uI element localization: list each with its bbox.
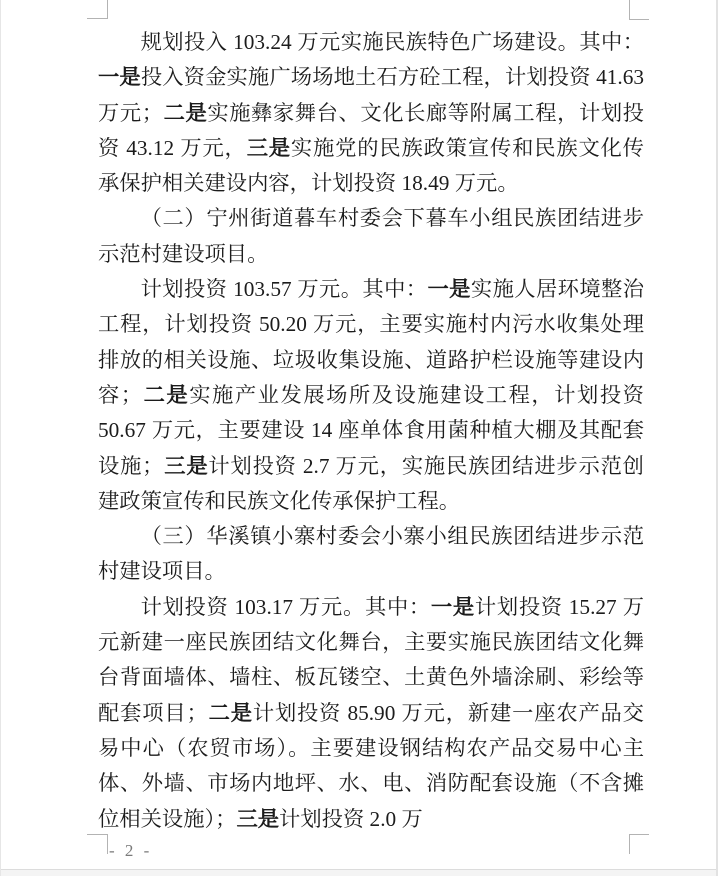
text-run: 计划投资 103.17 万元。其中：	[141, 595, 431, 619]
page-bottom-edge	[1, 869, 716, 876]
emphasis-run: 三是	[247, 136, 291, 160]
crop-mark-bottom-right	[629, 834, 649, 854]
emphasis-run: 二是	[163, 101, 207, 125]
emphasis-run: 三是	[163, 454, 208, 478]
text-run: 规划投入 103.24 万元实施民族特色广场建设。其中：	[141, 30, 644, 54]
paragraph: 计划投资 103.57 万元。其中：一是实施人居环境整治工程，计划投资 50.2…	[98, 272, 644, 519]
crop-mark-top-right	[629, 0, 649, 20]
document-body: 规划投入 103.24 万元实施民族特色广场建设。其中：一是投入资金实施广场场地…	[98, 25, 644, 837]
emphasis-run: 一是	[431, 595, 475, 619]
text-run: 计划投资 103.57 万元。其中：	[141, 277, 428, 301]
paragraph: （二）宁州街道暮车村委会下暮车小组民族团结进步示范村建设项目。	[98, 201, 644, 272]
emphasis-run: 一是	[98, 65, 141, 89]
crop-mark-bottom-left	[87, 834, 108, 854]
emphasis-run: 二是	[142, 383, 189, 407]
text-run: （三）华溪镇小寨村委会小寨小组民族团结进步示范村建设项目。	[98, 524, 644, 583]
paragraph: 计划投资 103.17 万元。其中：一是计划投资 15.27 万元新建一座民族团…	[98, 590, 644, 837]
emphasis-run: 二是	[208, 701, 253, 725]
paragraph: 规划投入 103.24 万元实施民族特色广场建设。其中：一是投入资金实施广场场地…	[98, 25, 644, 201]
crop-mark-top-left	[87, 0, 108, 19]
document-page: 规划投入 103.24 万元实施民族特色广场建设。其中：一是投入资金实施广场场地…	[0, 0, 718, 876]
page-number: - 2 -	[109, 841, 169, 861]
emphasis-run: 三是	[236, 807, 279, 831]
text-run: 计划投资 2.0 万	[279, 807, 423, 831]
text-run: （二）宁州街道暮车村委会下暮车小组民族团结进步示范村建设项目。	[98, 206, 644, 265]
paragraph: （三）华溪镇小寨村委会小寨小组民族团结进步示范村建设项目。	[98, 519, 644, 590]
emphasis-run: 一是	[427, 277, 470, 301]
